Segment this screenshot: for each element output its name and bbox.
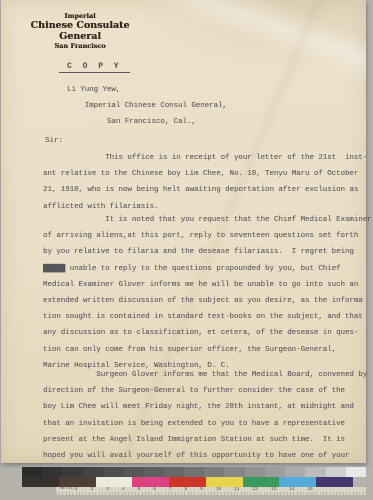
ruler-number: 11: [234, 487, 239, 492]
letterhead-san-francisco: San Francisco: [15, 42, 145, 50]
ruler-number: 4: [122, 487, 125, 492]
color-patch: [279, 477, 316, 487]
gray-patch: [83, 467, 103, 477]
gray-patch: [326, 467, 346, 477]
color-patch: [243, 477, 280, 487]
gray-patch: [346, 467, 366, 477]
letterhead-consulate-general: Chinese Consulate General: [15, 20, 145, 42]
gray-patch: [103, 467, 123, 477]
gray-patch: [143, 467, 163, 477]
color-patch: [59, 477, 96, 487]
ruler-number: 8: [184, 487, 187, 492]
gray-patch: [224, 467, 244, 477]
gray-patch: [62, 467, 82, 477]
color-calibration-strip: METRIC 123456789101112131415: [0, 467, 373, 500]
copy-heading: C O P Y: [59, 62, 130, 73]
ruler-number: 1: [75, 487, 78, 492]
gray-patch: [42, 467, 62, 477]
ruler-number: 6: [153, 487, 156, 492]
ruler-number: 2: [91, 487, 94, 492]
grayscale-bar: [22, 467, 366, 477]
gray-patch: [204, 467, 224, 477]
gray-patch: [265, 467, 285, 477]
salutation: Sir:: [45, 137, 63, 145]
scanned-letter-background: Imperial Chinese Consulate General San F…: [0, 0, 373, 500]
color-patch: [206, 477, 243, 487]
gray-patch: [164, 467, 184, 477]
ruler-number: 3: [106, 487, 109, 492]
gray-patch: [123, 467, 143, 477]
colorbar: [22, 477, 353, 487]
ruler-number: 9: [200, 487, 203, 492]
paragraph-medical-board: Surgeon Glover informs me that the Medic…: [43, 367, 367, 464]
color-patch: [316, 477, 353, 487]
ruler-number: 10: [216, 487, 221, 492]
color-patch: [96, 477, 133, 487]
ruler-number: 13: [271, 487, 276, 492]
letterhead-imperial: Imperial: [15, 12, 145, 20]
color-patch: [22, 477, 59, 487]
gray-patch: [305, 467, 325, 477]
color-patch: [132, 477, 169, 487]
ruler-label: METRIC: [60, 487, 76, 491]
ruler-number: 5: [138, 487, 141, 492]
color-patch: [169, 477, 206, 487]
ruler-number: 15: [307, 487, 312, 492]
gray-patch: [184, 467, 204, 477]
paragraph-receipt-of-letter: This office is in receipt of your letter…: [43, 150, 367, 215]
gray-patch: [285, 467, 305, 477]
ruler-number: 12: [252, 487, 257, 492]
recipient-address: Li Yung Yew, Imperial Chinese Consul Gen…: [67, 82, 227, 131]
letter-page: Imperial Chinese Consulate General San F…: [1, 0, 366, 463]
letterhead: Imperial Chinese Consulate General San F…: [15, 12, 145, 50]
gray-patch: [22, 467, 42, 477]
gray-patch: [245, 467, 265, 477]
ruler-numbers: 123456789101112131415: [75, 487, 313, 492]
metric-ruler: METRIC 123456789101112131415: [56, 487, 366, 495]
ruler-number: 7: [169, 487, 172, 492]
ruler-number: 14: [289, 487, 294, 492]
paragraph-medical-examiner: It is noted that you request that the Ch…: [43, 212, 372, 374]
